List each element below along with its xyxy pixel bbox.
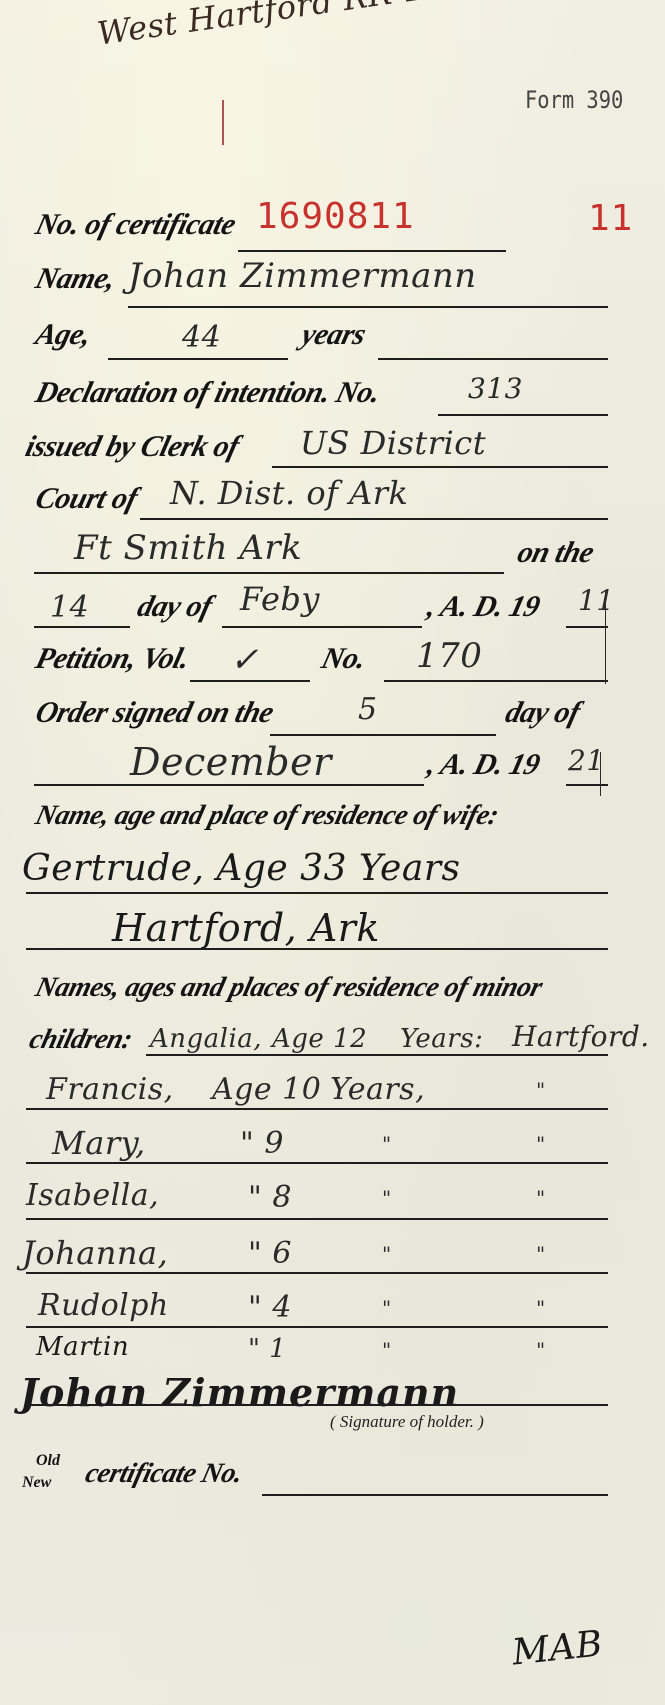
certificate-number-stamp: 1690811 — [256, 196, 415, 237]
child-row-rule — [26, 1218, 608, 1220]
petition-vol-value: ✓ — [230, 640, 259, 680]
child-unit: Years, — [330, 1072, 425, 1107]
child-place: " — [536, 1296, 546, 1320]
child-age: Age 10 — [212, 1072, 321, 1107]
child-place: " — [536, 1338, 546, 1362]
court-place-line — [34, 572, 504, 574]
child-name: Francis, — [46, 1072, 174, 1107]
order-year-line — [566, 784, 608, 786]
order-signed-label: Order signed on the — [32, 696, 277, 730]
child-place: Hartford. — [512, 1020, 650, 1053]
petition-no-label: No. — [318, 642, 369, 676]
declaration-year-line — [566, 626, 608, 628]
child-unit: " — [382, 1132, 392, 1156]
holder-name-value: Johan Zimmermann — [128, 256, 477, 296]
wife-label: Name, age and place of residence of wife… — [32, 800, 502, 832]
child-unit: " — [382, 1296, 392, 1320]
child-row-rule — [26, 1108, 608, 1110]
child-row-rule — [146, 1054, 608, 1056]
court-value: N. Dist. of Ark — [170, 474, 408, 512]
child-name: Johanna, — [22, 1234, 168, 1272]
old-new-certificate-line — [262, 1494, 608, 1496]
wife-line-1-rule — [26, 892, 608, 894]
age-line — [108, 358, 288, 360]
declaration-ad-label: , A. D. 19 — [424, 590, 543, 624]
order-day-of-label: day of — [502, 696, 583, 730]
child-age: " 1 — [248, 1334, 286, 1364]
court-label: Court of — [32, 482, 141, 516]
order-day-line — [270, 734, 496, 736]
child-row-rule — [26, 1162, 608, 1164]
issued-by-value: US District — [300, 424, 486, 462]
age-label: Age, — [32, 318, 94, 352]
petition-no-value: 170 — [416, 636, 482, 676]
on-the-label: on the — [514, 536, 597, 570]
petition-no-line — [384, 680, 608, 682]
child-place: " — [536, 1132, 546, 1156]
bracket-line — [605, 592, 606, 684]
wife-line-2-rule — [26, 948, 608, 950]
declaration-label: Declaration of intention. No. — [32, 376, 384, 410]
handwritten-address: West Hartford RR 1 Box 2 — [95, 0, 529, 53]
declaration-number-value: 313 — [468, 372, 523, 405]
child-place: " — [536, 1186, 546, 1210]
order-ad-label: , A. D. 19 — [424, 748, 543, 782]
child-age: " 6 — [248, 1236, 292, 1271]
certificate-document: West Hartford RR 1 Box 2 Form 390 No. of… — [0, 0, 665, 1705]
issued-by-line — [272, 466, 608, 468]
court-place-value: Ft Smith Ark — [74, 528, 302, 568]
years-line — [378, 358, 608, 360]
child-place: " — [536, 1242, 546, 1266]
child-unit: " — [382, 1338, 392, 1362]
child-place: " — [536, 1078, 546, 1102]
signature-caption: ( Signature of holder. ) — [330, 1412, 484, 1432]
wife-line-2: Hartford, Ark — [112, 906, 380, 950]
declaration-year-value: 11 — [578, 584, 615, 617]
volume-stamp: 11 — [588, 198, 633, 239]
order-day-value: 5 — [358, 692, 378, 727]
declaration-month-line — [222, 626, 422, 628]
child-name: Martin — [36, 1332, 129, 1362]
issued-by-label: issued by Clerk of — [22, 430, 242, 464]
child-row-rule — [26, 1272, 608, 1274]
old-new-certificate-label: certificate No. — [82, 1458, 246, 1490]
declaration-day-line — [34, 626, 130, 628]
child-age: " 9 — [240, 1126, 284, 1161]
petition-vol-line — [190, 680, 310, 682]
certificate-number-label: No. of certificate — [32, 208, 239, 242]
children-label-1: Names, ages and places of residence of m… — [32, 972, 545, 1004]
red-mark — [222, 100, 224, 145]
petition-vol-label: Petition, Vol. — [32, 642, 193, 676]
child-age: " 4 — [248, 1290, 292, 1325]
child-unit: " — [382, 1186, 392, 1210]
declaration-day-value: 14 — [50, 590, 89, 625]
order-month-line — [34, 784, 424, 786]
holder-signature: Johan Zimmermann — [20, 1370, 459, 1415]
child-name: Isabella, — [26, 1178, 159, 1213]
child-unit: Years: — [400, 1024, 483, 1054]
child-row-rule — [26, 1326, 608, 1328]
child-name: Mary, — [52, 1124, 146, 1162]
signature-line — [26, 1404, 608, 1406]
children-label-2: children: — [26, 1024, 135, 1056]
age-value: 44 — [182, 320, 221, 355]
child-name: Rudolph — [38, 1288, 169, 1323]
child-unit: " — [382, 1242, 392, 1266]
child-name: Angalia, — [150, 1024, 262, 1054]
child-age: Age 12 — [272, 1024, 367, 1054]
new-label: New — [22, 1474, 51, 1492]
child-age: " 8 — [248, 1180, 292, 1215]
declaration-month-value: Feby — [240, 580, 320, 618]
wife-line-1: Gertrude, Age 33 Years — [22, 848, 461, 889]
form-number: Form 390 — [525, 86, 623, 114]
court-line — [140, 518, 608, 520]
day-of-label: day of — [134, 590, 215, 624]
clerk-initials: MAB — [510, 1623, 605, 1673]
bracket-line-2 — [600, 752, 601, 796]
declaration-line — [438, 414, 608, 416]
old-label: Old — [36, 1452, 60, 1470]
certificate-number-line — [238, 250, 506, 252]
years-label: years — [298, 318, 369, 352]
order-month-value: December — [130, 740, 332, 784]
name-line — [128, 306, 608, 308]
name-label: Name, — [32, 262, 119, 296]
